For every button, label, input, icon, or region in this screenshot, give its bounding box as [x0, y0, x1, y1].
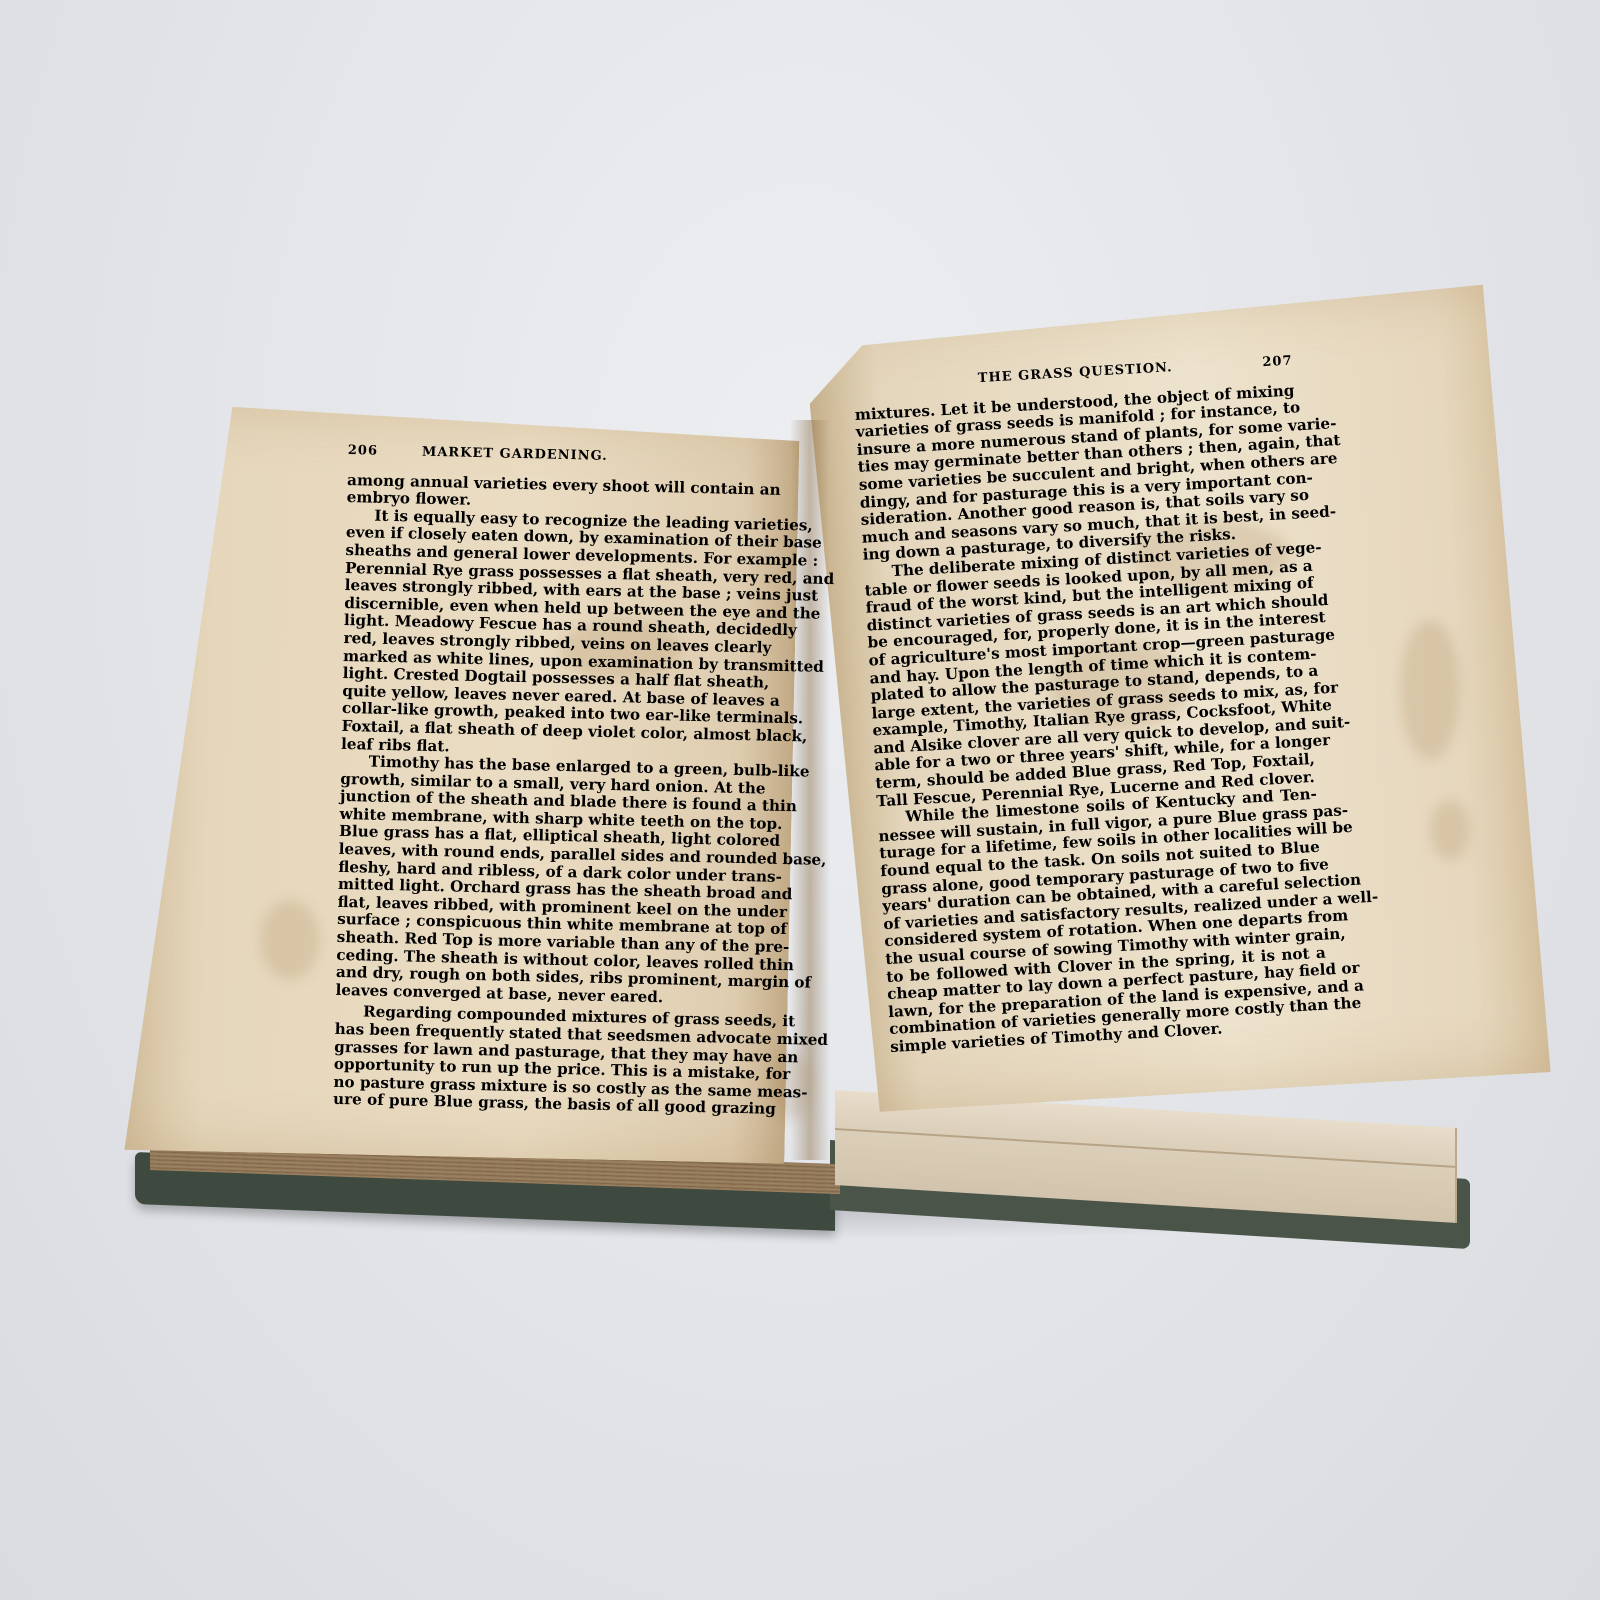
right-page-number: 207 — [1262, 353, 1293, 372]
left-page-number: 206 — [348, 442, 379, 460]
left-page-text: 206 MARKET GARDENING. among annual varie… — [333, 442, 748, 1118]
right-page-text: THE GRASS QUESTION. 207 mixtures. Let it… — [855, 392, 1330, 1056]
paper-stain — [1430, 800, 1470, 860]
left-running-title: MARKET GARDENING. — [422, 444, 608, 466]
paper-stain — [260, 900, 320, 980]
paper-stain — [1400, 620, 1460, 760]
